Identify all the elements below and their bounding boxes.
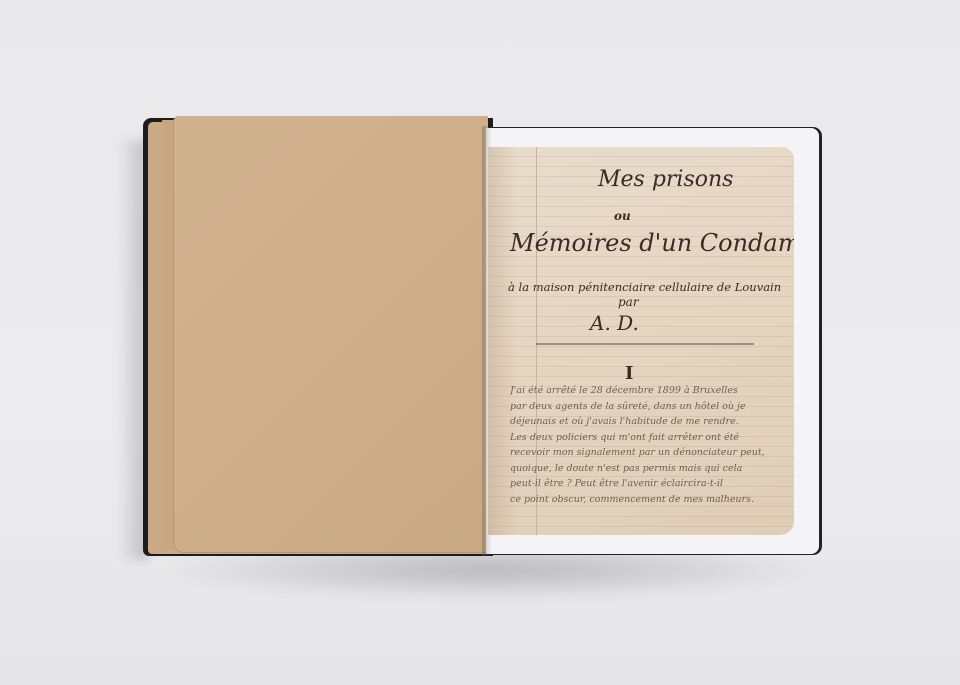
manuscript-body: J'ai été arrêté le 28 décembre 1899 à Br… — [510, 383, 790, 507]
title-divider — [536, 343, 754, 345]
body-line: recevoir mon signalement par un dénoncia… — [510, 445, 790, 461]
chapter-number: I — [625, 363, 633, 384]
body-line: J'ai été arrêté le 28 décembre 1899 à Br… — [510, 383, 790, 399]
manuscript-title-line2: Mémoires d'un Condamné — [510, 229, 794, 257]
manuscript-subtitle: à la maison pénitenciaire cellulaire de … — [508, 280, 781, 294]
manuscript-title-line1: Mes prisons — [598, 167, 733, 192]
body-line: ce point obscur, commencement de mes mal… — [510, 492, 790, 508]
body-line: déjeunais et où j'avais l'habitude de me… — [510, 414, 790, 430]
body-line: quoique, le doute n'est pas permis mais … — [510, 461, 790, 477]
manuscript-page[interactable]: Mes prisons ou Mémoires d'un Condamné à … — [488, 147, 794, 535]
left-page-blank[interactable] — [174, 116, 488, 552]
body-line: par deux agents de la sûreté, dans un hô… — [510, 399, 790, 415]
body-line: Les deux policiers qui m'ont fait arrête… — [510, 430, 790, 446]
manuscript-author: A. D. — [590, 311, 639, 335]
manuscript-by: par — [618, 295, 639, 309]
manuscript-title-connector: ou — [614, 209, 631, 223]
body-line: peut-il être ? Peut être l'avenir éclair… — [510, 476, 790, 492]
